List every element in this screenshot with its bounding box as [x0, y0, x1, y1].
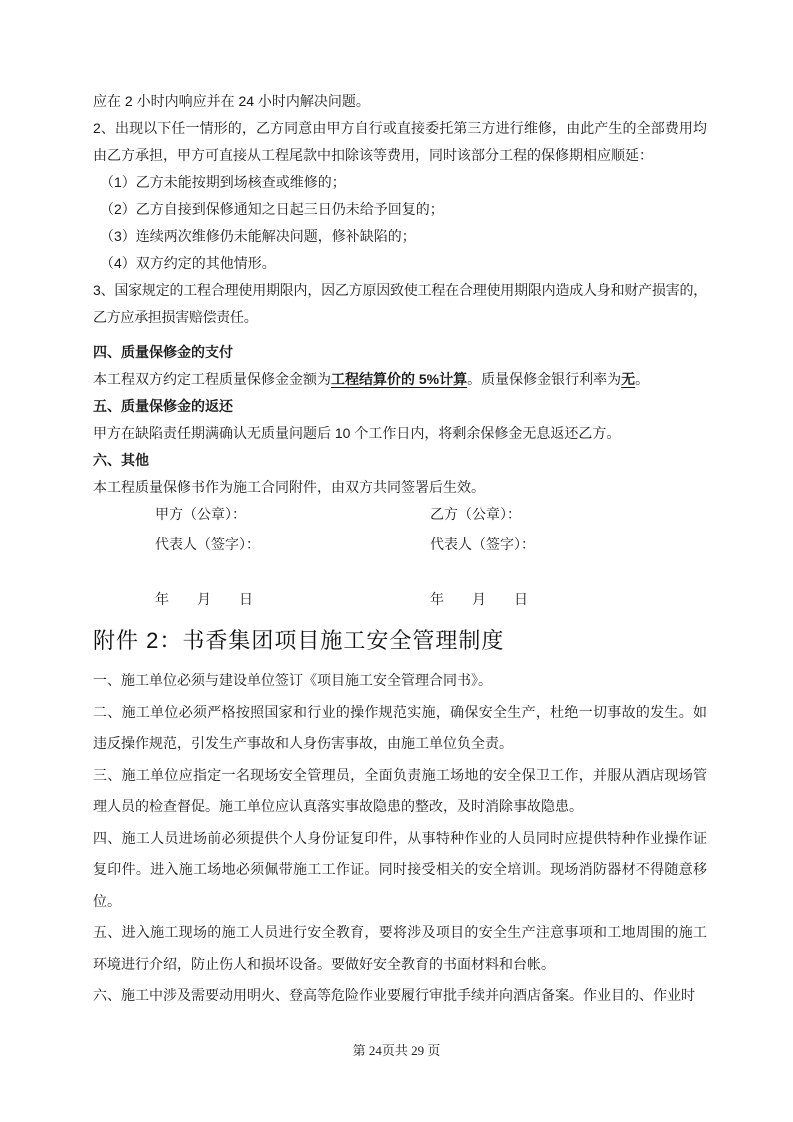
retention-text-suffix: 。 [635, 371, 649, 387]
list-item-2: （2）乙方自接到保修通知之日起三日仍未给予回复的； [93, 196, 707, 223]
appendix-clause-3: 三、施工单位应指定一名现场安全管理员，全面负责施工场地的安全保卫工作，并服从酒店… [93, 760, 707, 823]
signature-row-seal: 甲方（公章）： 乙方（公章）： [155, 501, 707, 528]
retention-interest-value: 无 [621, 371, 635, 387]
party-a-representative-label: 代表人（签字）： [155, 531, 430, 558]
signature-row-representative: 代表人（签字）： 代表人（签字）： [155, 531, 707, 558]
paragraph-clause-2: 2、出现以下任一情形的，乙方同意由甲方自行或直接委托第三方进行维修，由此产生的全… [93, 115, 707, 169]
paragraph-clause-3: 3、国家规定的工程合理使用期限内，因乙方原因致使工程在合理使用期限内造成人身和财… [93, 277, 707, 331]
appendix-clause-2: 二、施工单位必须严格按照国家和行业的操作规范实施，确保安全生产，杜绝一切事故的发… [93, 697, 707, 760]
heading-section-5-retention-return: 五、质量保修金的返还 [93, 393, 707, 420]
appendix-clause-6: 六、施工中涉及需要动用明火、登高等危险作业要履行审批手续并向酒店备案。作业目的、… [93, 980, 707, 1012]
list-item-3: （3）连续两次维修仍未能解决问题，修补缺陷的； [93, 223, 707, 250]
retention-text-middle: 。质量保修金银行利率为 [467, 371, 621, 387]
retention-rate-value: 工程结算价的 5%计算 [331, 371, 467, 387]
signature-row-date: 年 月 日 年 月 日 [155, 586, 707, 613]
appendix-clause-1: 一、施工单位必须与建设单位签订《项目施工安全管理合同书》。 [93, 665, 707, 697]
party-b-representative-label: 代表人（签字）： [430, 531, 535, 558]
list-item-4: （4）双方约定的其他情形。 [93, 250, 707, 277]
appendix-2-title: 附件 2：书香集团项目施工安全管理制度 [93, 625, 707, 657]
paragraph-response-time: 应在 2 小时内响应并在 24 小时内解决问题。 [93, 88, 707, 115]
list-item-1: （1）乙方未能按期到场核查或维修的； [93, 169, 707, 196]
retention-text-prefix: 本工程双方约定工程质量保修金金额为 [93, 371, 331, 387]
party-a-seal-label: 甲方（公章）： [155, 501, 430, 528]
appendix-2-section: 附件 2：书香集团项目施工安全管理制度 一、施工单位必须与建设单位签订《项目施工… [93, 625, 707, 1012]
heading-section-4-retention-payment: 四、质量保修金的支付 [93, 339, 707, 366]
party-b-date-blank: 年 月 日 [430, 586, 528, 613]
paragraph-retention-payment: 本工程双方约定工程质量保修金金额为工程结算价的 5%计算。质量保修金银行利率为无… [93, 366, 707, 393]
party-a-date-blank: 年 月 日 [155, 586, 430, 613]
paragraph-retention-return: 甲方在缺陷责任期满确认无质量问题后 10 个工作日内，将剩余保修金无息返还乙方。 [93, 420, 707, 447]
appendix-clause-5: 五、进入施工现场的施工人员进行安全教育，要将涉及项目的安全生产注意事项和工地周围… [93, 917, 707, 980]
paragraph-other: 本工程质量保修书作为施工合同附件，由双方共同签署后生效。 [93, 474, 707, 501]
heading-section-6-other: 六、其他 [93, 447, 707, 474]
page-number-footer: 第 24页共 29 页 [0, 1040, 793, 1059]
appendix-clause-4: 四、施工人员进场前必须提供个人身份证复印件，从事特种作业的人员同时应提供特种作业… [93, 823, 707, 918]
document-body: 应在 2 小时内响应并在 24 小时内解决问题。 2、出现以下任一情形的，乙方同… [0, 0, 793, 1012]
document-page: 应在 2 小时内响应并在 24 小时内解决问题。 2、出现以下任一情形的，乙方同… [0, 0, 793, 1122]
party-b-seal-label: 乙方（公章）： [430, 501, 521, 528]
signature-block: 甲方（公章）： 乙方（公章）： 代表人（签字）： 代表人（签字）： 年 月 日 … [155, 501, 707, 613]
